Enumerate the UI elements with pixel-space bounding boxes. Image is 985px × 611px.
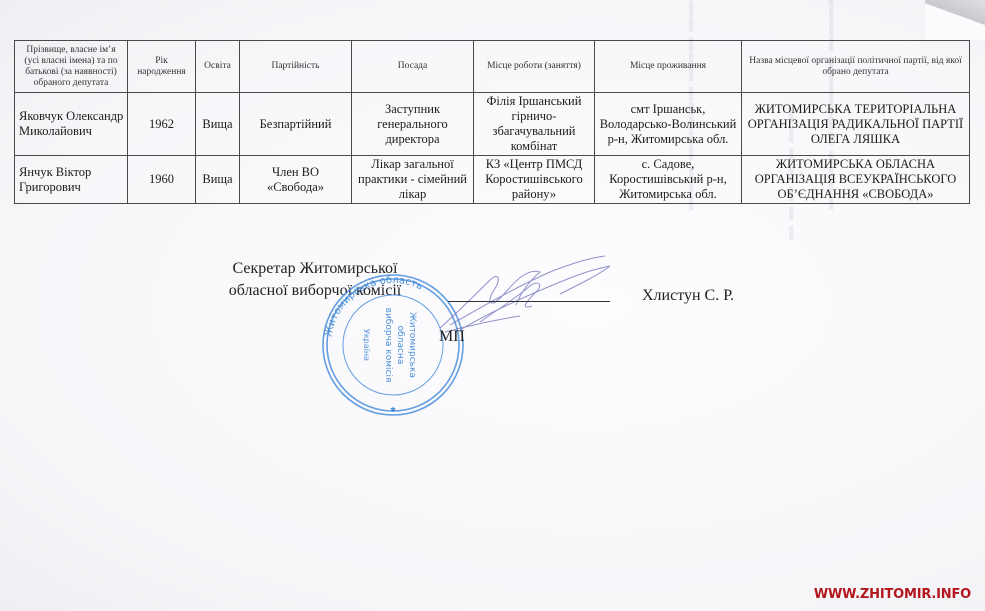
header-party-organization: Назва місцевої організації політичної па… [742,41,970,93]
site-watermark: WWW.ZHITOMIR.INFO [814,587,971,602]
signer-name: Хлистун С. Р. [642,287,734,305]
cell-full-name: Яковчук Олександр Миколайович [15,93,128,156]
handwritten-signature [420,250,620,340]
stamp-bottom-text: Україна [362,329,371,361]
header-birth-year: Рік народження [128,41,196,93]
signature-line [448,301,610,302]
cell-workplace: Філія Іршанський гірничо-збагачувальний … [474,93,595,156]
table-row: Янчук Віктор Григорович 1960 Вища Член В… [15,156,970,204]
stamp-inner-line-1: Житомирська [407,312,417,378]
cell-workplace: КЗ «Центр ПМСД Коростишівського району» [474,156,595,204]
header-position: Посада [352,41,474,93]
header-residence: Місце проживання [595,41,742,93]
elected-deputies-table: Прізвище, власне ім’я (усі власні імена)… [14,40,970,204]
cell-position: Лікар загальної практики - сімейний ліка… [352,156,474,204]
header-full-name: Прізвище, власне ім’я (усі власні імена)… [15,41,128,93]
cell-party-membership: Член ВО «Свобода» [240,156,352,204]
stamp-inner-line-2: обласна [395,326,405,365]
header-party-membership: Партійність [240,41,352,93]
table-row: Яковчук Олександр Миколайович 1962 Вища … [15,93,970,156]
cell-party-organization: ЖИТОМИРСЬКА ОБЛАСНА ОРГАНІЗАЦІЯ ВСЕУКРАЇ… [742,156,970,204]
table-header-row: Прізвище, власне ім’я (усі власні імена)… [15,41,970,93]
stamp-inner-line-3: виборча комісія [383,308,393,383]
cell-education: Вища [196,93,240,156]
seal-place-label: МП [439,328,465,346]
page-corner-fold [925,0,985,40]
cell-full-name: Янчук Віктор Григорович [15,156,128,204]
stamp-star-icon: ✱ [390,406,396,414]
cell-residence: смт Іршанськ, Володарсько-Волинський р-н… [595,93,742,156]
header-education: Освіта [196,41,240,93]
cell-birth-year: 1962 [128,93,196,156]
header-workplace: Місце роботи (заняття) [474,41,595,93]
cell-position: Заступник генерального директора [352,93,474,156]
cell-residence: с. Садове, Коростишівський р-н, Житомирс… [595,156,742,204]
cell-education: Вища [196,156,240,204]
cell-party-membership: Безпартійний [240,93,352,156]
cell-birth-year: 1960 [128,156,196,204]
cell-party-organization: ЖИТОМИРСЬКА ТЕРИТОРІАЛЬНА ОРГАНІЗАЦІЯ РА… [742,93,970,156]
